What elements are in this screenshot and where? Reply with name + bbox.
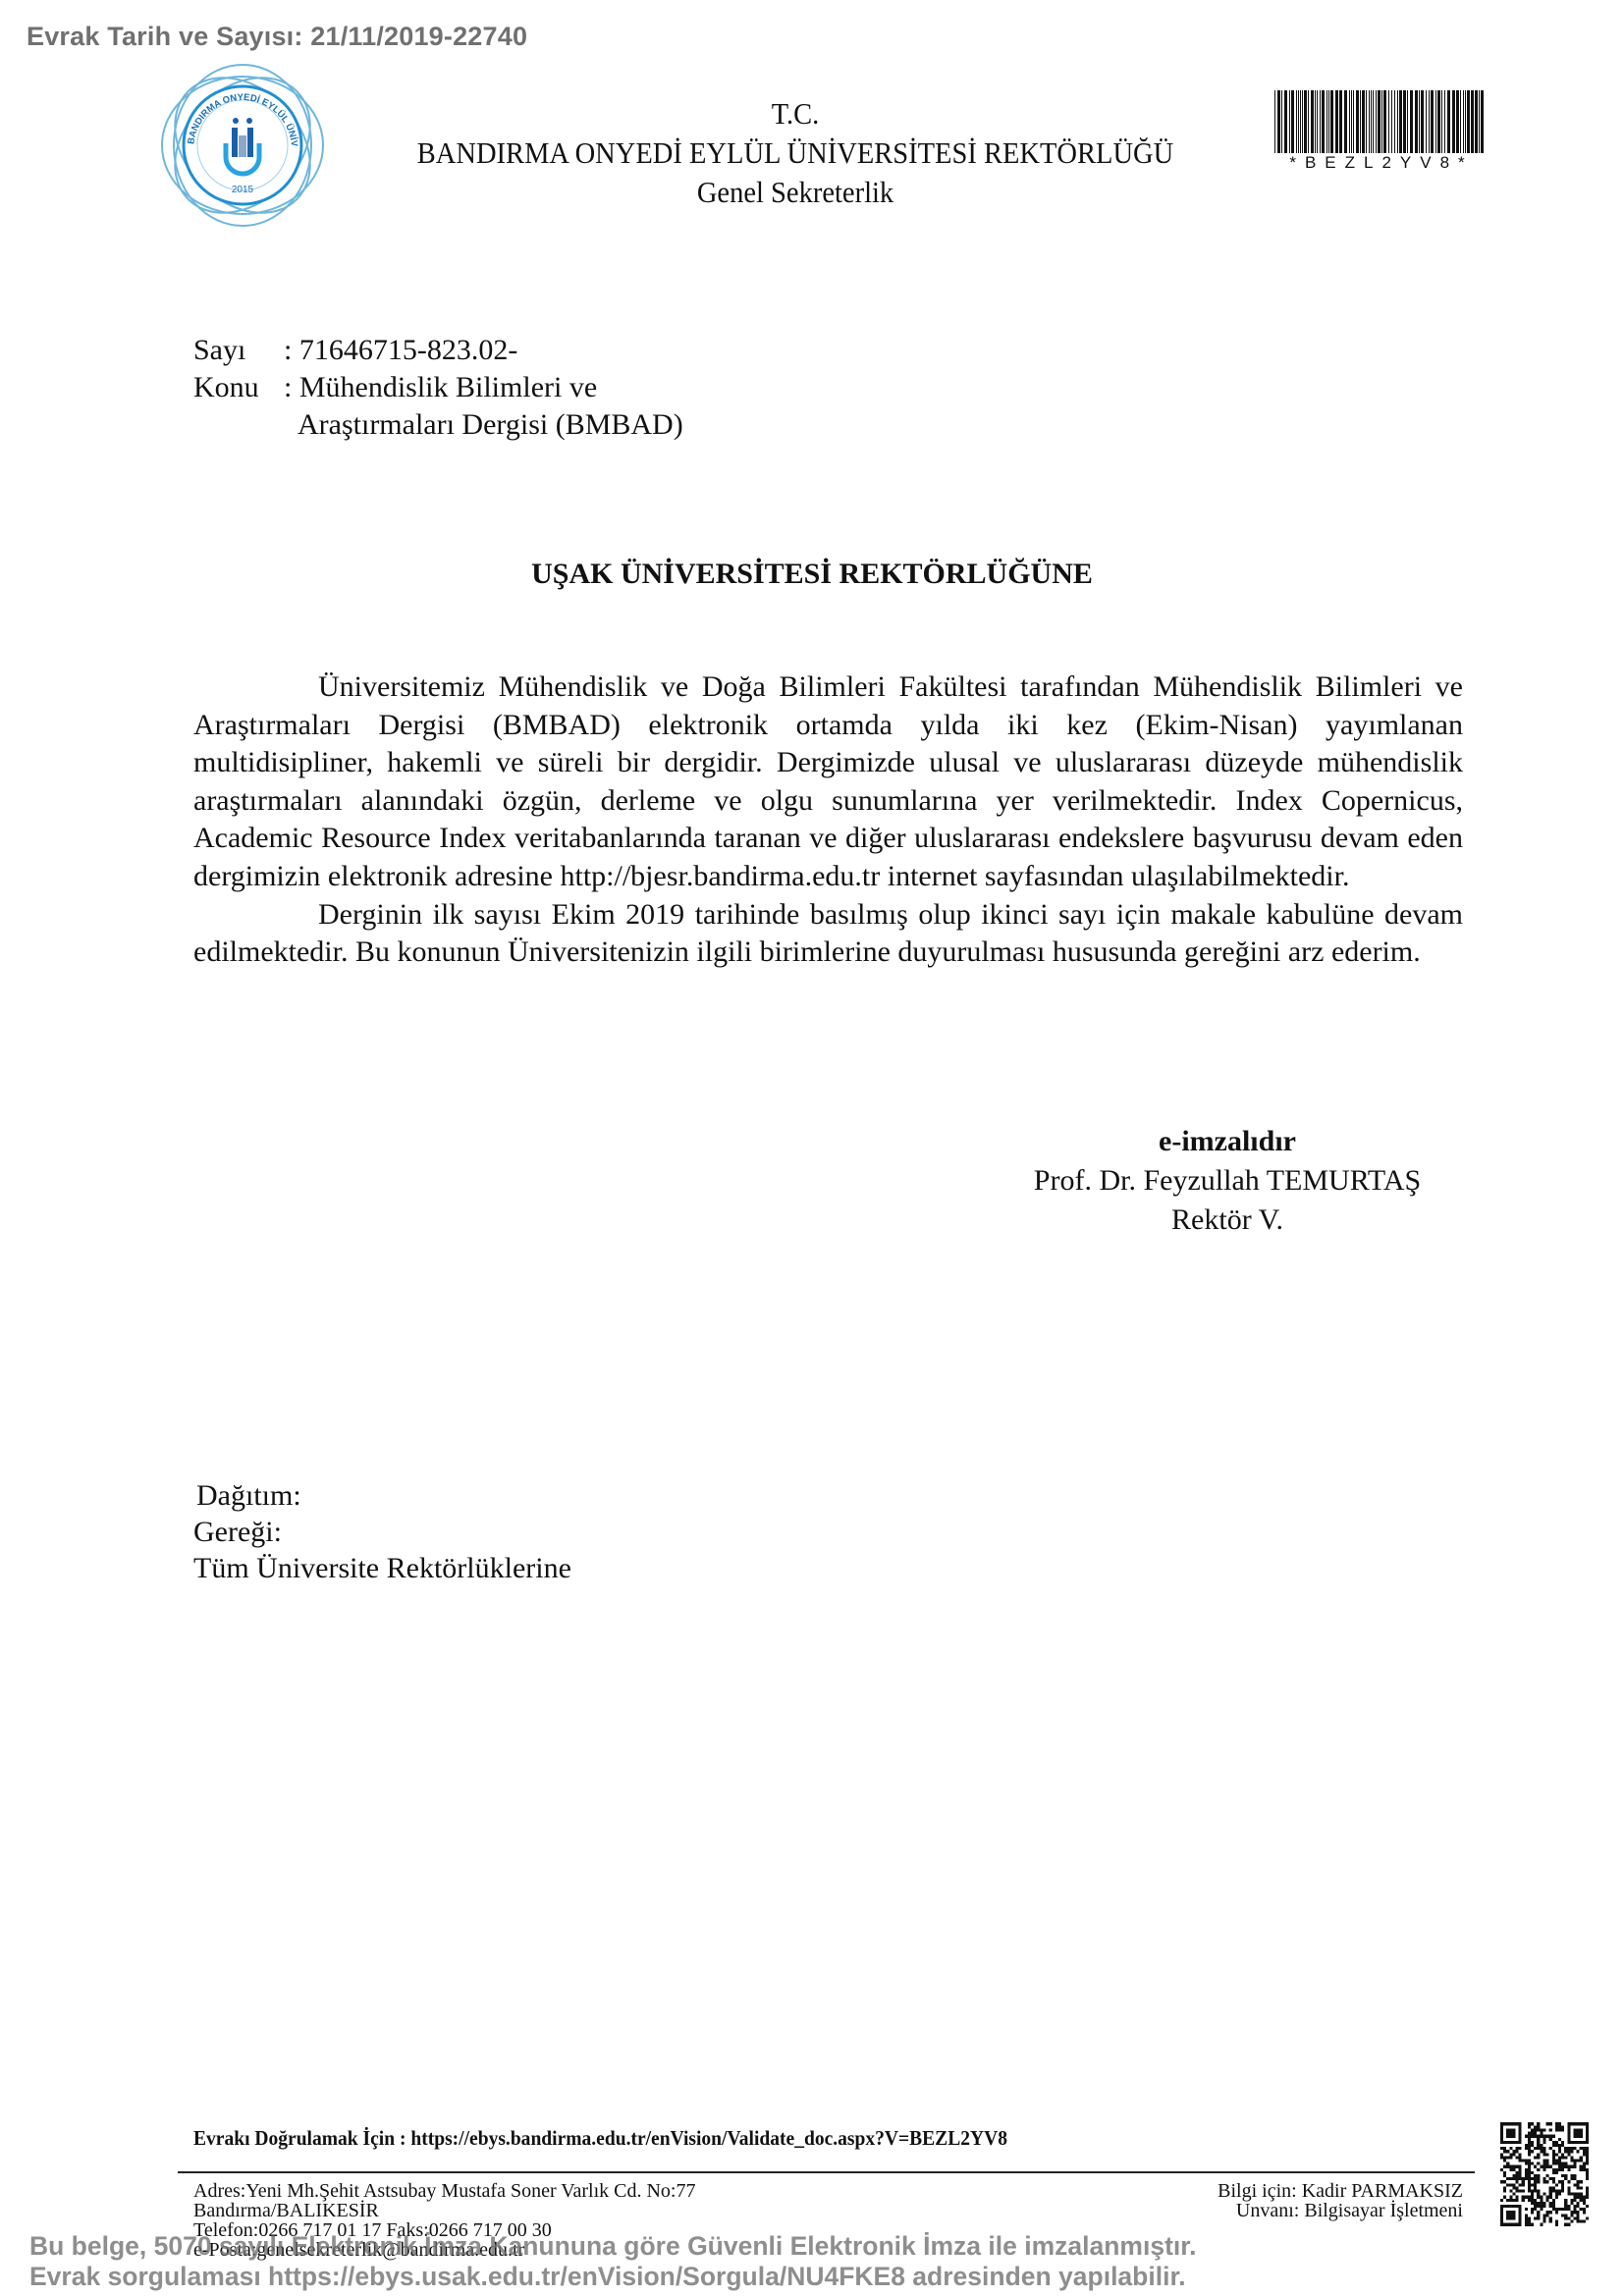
- footer-divider: [178, 2171, 1475, 2173]
- barcode-text: *BEZL2YV8*: [1274, 153, 1489, 173]
- action-label: Gereği:: [193, 1514, 282, 1550]
- header-department: Genel Sekreterlik: [389, 175, 1202, 210]
- contact-info: Bilgi için: Kadir PARMAKSIZ Unvanı: Bilg…: [982, 2181, 1463, 2220]
- address-line: Adres:Yeni Mh.Şehit Astsubay Mustafa Son…: [193, 2181, 695, 2201]
- recipient-heading: UŞAK ÜNİVERSİTESİ REKTÖRLÜĞÜNE: [0, 558, 1624, 591]
- distribution-label: Dağıtım:: [196, 1477, 301, 1514]
- contact-title: Unvanı: Bilgisayar İşletmeni: [982, 2201, 1463, 2220]
- header-tc: T.C.: [389, 96, 1202, 132]
- address-line: Bandırma/BALIKESİR: [193, 2201, 695, 2220]
- signatory-title: Rektör V.: [982, 1203, 1473, 1237]
- subject-label: Konu: [193, 369, 284, 406]
- reference-number-label: Sayı: [193, 332, 284, 369]
- reference-number-value: : 71646715-823.02-: [284, 332, 517, 369]
- reference-number-row: Sayı: 71646715-823.02-: [193, 332, 517, 369]
- e-signature-notice: Bu belge, 5070 sayılı Elektronik İmza Ka…: [29, 2231, 1196, 2262]
- contact-person: Bilgi için: Kadir PARMAKSIZ: [982, 2181, 1463, 2201]
- letter-body: Üniversitemiz Mühendislik ve Doğa Biliml…: [193, 668, 1463, 972]
- barcode-icon: [1274, 90, 1489, 153]
- signatory-name: Prof. Dr. Feyzullah TEMURTAŞ: [982, 1164, 1473, 1198]
- distribution-recipient: Tüm Üniversite Rektörlüklerine: [193, 1550, 571, 1586]
- e-signature-status: e-imzalıdır: [982, 1125, 1473, 1158]
- header-institution: BANDIRMA ONYEDİ EYLÜL ÜNİVERSİTESİ REKTÖ…: [389, 135, 1202, 171]
- document-date-number-stamp: Evrak Tarih ve Sayısı: 21/11/2019-22740: [27, 22, 527, 52]
- svg-text:2015: 2015: [232, 185, 254, 195]
- document-query-notice: Evrak sorgulaması https://ebys.usak.edu.…: [29, 2262, 1186, 2292]
- verification-link[interactable]: Evrakı Doğrulamak İçin : https://ebys.ba…: [193, 2126, 1007, 2151]
- body-paragraph: Üniversitemiz Mühendislik ve Doğa Biliml…: [193, 668, 1463, 896]
- subject-value-line2: Araştırmaları Dergisi (BMBAD): [298, 406, 683, 444]
- subject-value-line1: : Mühendislik Bilimleri ve: [284, 369, 597, 406]
- qr-code-icon: [1500, 2122, 1589, 2226]
- body-paragraph: Derginin ilk sayısı Ekim 2019 tarihinde …: [193, 896, 1463, 972]
- subject-row: Konu: Mühendislik Bilimleri ve: [193, 369, 597, 406]
- university-seal-icon: BANDIRMA ONYEDİ EYLÜL ÜNİVERSİTESİ 2015: [157, 59, 329, 231]
